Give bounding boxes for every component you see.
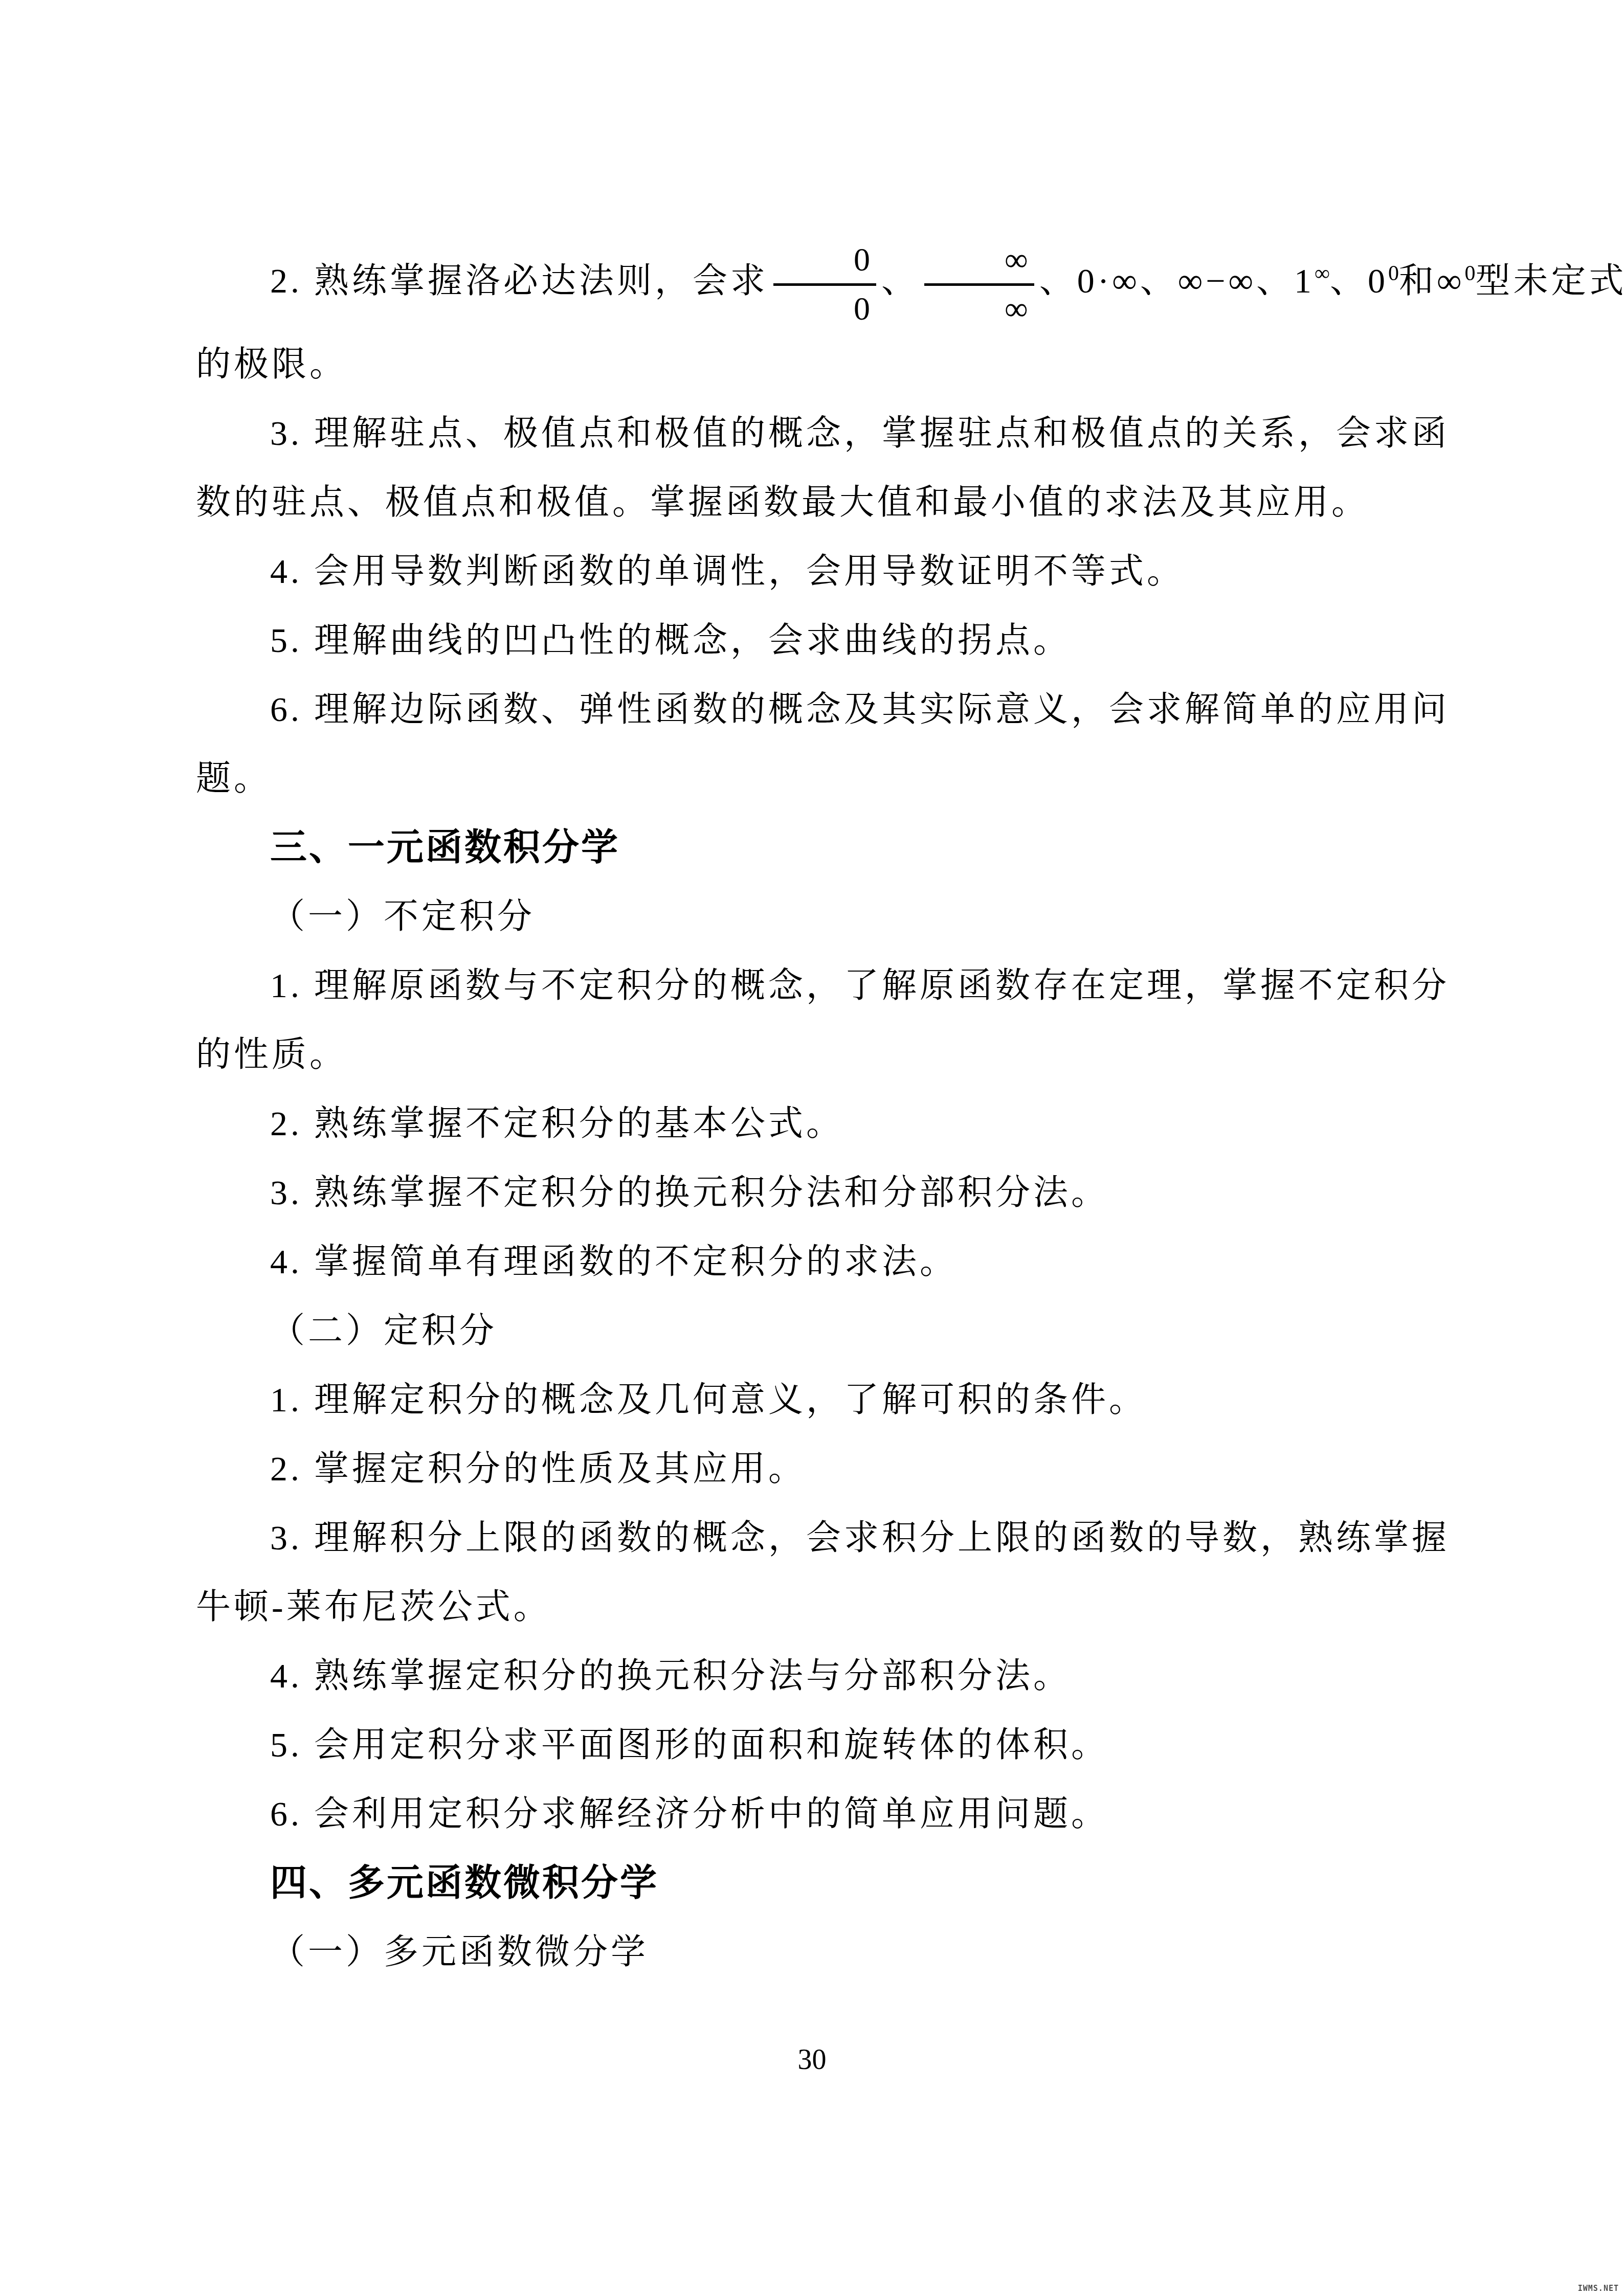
formula-text: 、0: [1330, 261, 1388, 300]
paragraph: 5. 会用定积分求平面图形的面积和旋转体的体积。: [196, 1710, 1452, 1780]
section-heading: 四、多元函数微积分学: [196, 1849, 1452, 1918]
heading-line: 三、一元函数积分学: [196, 813, 1452, 882]
paragraph: 2. 熟练掌握洛必达法则，会求00、∞∞、0·∞、∞−∞、1∞、00和∞0型未定…: [196, 217, 1452, 399]
paragraph-line: （二）定积分: [196, 1296, 1452, 1365]
superscript: 0: [1388, 262, 1399, 285]
superscript: ∞: [1315, 262, 1330, 285]
formula-line: 2. 熟练掌握洛必达法则，会求00、∞∞、0·∞、∞−∞、1∞、00和∞0型未定…: [196, 217, 1452, 330]
paragraph-line: 3. 理解积分上限的函数的概念，会求积分上限的函数的导数，熟练掌握: [196, 1503, 1452, 1572]
paragraph-line: 4. 会用导数判断函数的单调性，会用导数证明不等式。: [196, 537, 1452, 606]
paragraph: 6. 会利用定积分求解经济分析中的简单应用问题。: [196, 1780, 1452, 1849]
formula-text: 、0·∞、∞−∞、1: [1039, 261, 1315, 300]
document-body: 2. 熟练掌握洛必达法则，会求00、∞∞、0·∞、∞−∞、1∞、00和∞0型未定…: [196, 217, 1452, 1987]
paragraph-line: 数的驻点、极值点和极值。掌握函数最大值和最小值的求法及其应用。: [196, 468, 1452, 537]
paragraph-line: 1. 理解原函数与不定积分的概念，了解原函数存在定理，掌握不定积分: [196, 951, 1452, 1020]
formula-text: 型未定式: [1476, 261, 1624, 300]
paragraph: 6. 理解边际函数、弹性函数的概念及其实际意义，会求解简单的应用问题。: [196, 675, 1452, 813]
fraction-denominator: 0: [780, 286, 870, 327]
fraction: 00: [773, 242, 876, 327]
paragraph-line: 牛顿-莱布尼茨公式。: [196, 1572, 1452, 1641]
fraction: ∞∞: [924, 242, 1034, 327]
paragraph: 4. 会用导数判断函数的单调性，会用导数证明不等式。: [196, 537, 1452, 606]
superscript: 0: [1465, 262, 1476, 285]
paragraph: （一）多元函数微分学: [196, 1918, 1452, 1987]
paragraph-line: 3. 熟练掌握不定积分的换元积分法和分部积分法。: [196, 1158, 1452, 1227]
paragraph: 4. 掌握简单有理函数的不定积分的求法。: [196, 1227, 1452, 1296]
formula-text: 和∞: [1399, 261, 1464, 300]
formula-text: 、: [881, 261, 919, 300]
fraction-denominator: ∞: [930, 286, 1028, 327]
watermark: IWMS.NET: [1578, 2284, 1619, 2293]
paragraph-line: 的极限。: [196, 330, 1452, 399]
page-number: 30: [0, 2043, 1624, 2076]
paragraph: 1. 理解定积分的概念及几何意义，了解可积的条件。: [196, 1365, 1452, 1434]
heading-line: 四、多元函数微积分学: [196, 1849, 1452, 1918]
paragraph-line: 4. 熟练掌握定积分的换元积分法与分部积分法。: [196, 1641, 1452, 1710]
paragraph: 3. 理解积分上限的函数的概念，会求积分上限的函数的导数，熟练掌握牛顿-莱布尼茨…: [196, 1503, 1452, 1641]
paragraph-line: 6. 会利用定积分求解经济分析中的简单应用问题。: [196, 1780, 1452, 1849]
paragraph-line: 4. 掌握简单有理函数的不定积分的求法。: [196, 1227, 1452, 1296]
paragraph: 3. 熟练掌握不定积分的换元积分法和分部积分法。: [196, 1158, 1452, 1227]
paragraph-line: 5. 会用定积分求平面图形的面积和旋转体的体积。: [196, 1710, 1452, 1780]
paragraph: 3. 理解驻点、极值点和极值的概念，掌握驻点和极值点的关系，会求函数的驻点、极值…: [196, 399, 1452, 537]
paragraph: 1. 理解原函数与不定积分的概念，了解原函数存在定理，掌握不定积分的性质。: [196, 951, 1452, 1089]
section-heading: 三、一元函数积分学: [196, 813, 1452, 882]
paragraph-line: （一）不定积分: [196, 882, 1452, 951]
paragraph-line: 3. 理解驻点、极值点和极值的概念，掌握驻点和极值点的关系，会求函: [196, 399, 1452, 468]
paragraph-line: 6. 理解边际函数、弹性函数的概念及其实际意义，会求解简单的应用问: [196, 675, 1452, 744]
document-page: 2. 熟练掌握洛必达法则，会求00、∞∞、0·∞、∞−∞、1∞、00和∞0型未定…: [0, 0, 1624, 2296]
paragraph: 4. 熟练掌握定积分的换元积分法与分部积分法。: [196, 1641, 1452, 1710]
fraction-numerator: ∞: [924, 242, 1034, 285]
paragraph: 2. 熟练掌握不定积分的基本公式。: [196, 1089, 1452, 1158]
fraction-numerator: 0: [773, 242, 876, 285]
paragraph-line: 的性质。: [196, 1020, 1452, 1089]
paragraph-line: （一）多元函数微分学: [196, 1918, 1452, 1987]
paragraph: （一）不定积分: [196, 882, 1452, 951]
formula-text: 2. 熟练掌握洛必达法则，会求: [270, 261, 768, 300]
paragraph: 2. 掌握定积分的性质及其应用。: [196, 1434, 1452, 1503]
paragraph: 5. 理解曲线的凹凸性的概念，会求曲线的拐点。: [196, 606, 1452, 675]
paragraph-line: 1. 理解定积分的概念及几何意义，了解可积的条件。: [196, 1365, 1452, 1434]
paragraph: （二）定积分: [196, 1296, 1452, 1365]
paragraph-line: 2. 熟练掌握不定积分的基本公式。: [196, 1089, 1452, 1158]
paragraph-line: 题。: [196, 744, 1452, 813]
paragraph-line: 5. 理解曲线的凹凸性的概念，会求曲线的拐点。: [196, 606, 1452, 675]
paragraph-line: 2. 掌握定积分的性质及其应用。: [196, 1434, 1452, 1503]
